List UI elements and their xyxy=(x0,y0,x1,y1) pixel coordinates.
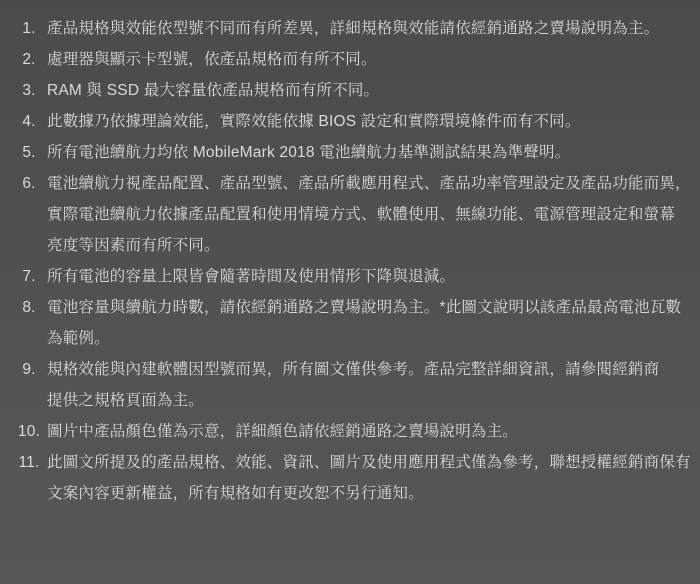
item-text: 此圖文所提及的產品規格、效能、資訊、圖片及使用應用程式僅為參考，聯想授權經銷商保… xyxy=(47,447,691,509)
item-text: 電池容量與續航力時數，請依經銷通路之賣場說明為主。*此圖文說明以該產品最高電池瓦… xyxy=(47,292,681,354)
item-text-line: 產品規格與效能依型號不同而有所差異，詳細規格與效能請依經銷通路之賣場說明為主。 xyxy=(47,13,659,44)
item-text-line: 圖片中產品顏色僅為示意，詳細顏色請依經銷通路之賣場說明為主。 xyxy=(47,416,518,447)
item-text-line: 為範例。 xyxy=(47,323,681,354)
item-text-line: 電池續航力視產品配置、產品型號、產品所載應用程式、產品功率管理設定及產品功能而異… xyxy=(47,168,691,199)
list-item: 2. 處理器與顯示卡型號，依產品規格而有所不同。 xyxy=(14,44,700,75)
item-number: 4. xyxy=(14,106,44,137)
item-text-line: 文案內容更新權益，所有規格如有更改恕不另行通知。 xyxy=(47,478,691,509)
item-text-line: 實際電池續航力依據產品配置和使用情境方式、軟體使用、無線功能、電源管理設定和螢幕 xyxy=(47,199,691,230)
list-item: 3. RAM 與 SSD 最大容量依產品規格而有所不同。 xyxy=(14,75,700,106)
item-text-line: 提供之規格頁面為主。 xyxy=(47,385,659,416)
item-number: 8. xyxy=(14,292,44,323)
item-text-line: 亮度等因素而有所不同。 xyxy=(47,230,691,261)
item-text: 圖片中產品顏色僅為示意，詳細顏色請依經銷通路之賣場說明為主。 xyxy=(47,416,518,447)
item-text-line: 所有電池續航力均依 MobileMark 2018 電池續航力基準測試結果為準聲… xyxy=(47,137,570,168)
item-text: 處理器與顯示卡型號，依產品規格而有所不同。 xyxy=(47,44,377,75)
list-item: 5. 所有電池續航力均依 MobileMark 2018 電池續航力基準測試結果… xyxy=(14,137,700,168)
item-text: 此數據乃依據理論效能，實際效能依據 BIOS 設定和實際環境條件而有不同。 xyxy=(47,106,581,137)
list-item: 9. 規格效能與內建軟體因型號而異，所有圖文僅供參考。產品完整詳細資訊，請參閱經… xyxy=(14,354,700,416)
item-text: 規格效能與內建軟體因型號而異，所有圖文僅供參考。產品完整詳細資訊，請參閱經銷商 … xyxy=(47,354,659,416)
item-text-line: RAM 與 SSD 最大容量依產品規格而有所不同。 xyxy=(47,75,379,106)
item-text: 所有電池續航力均依 MobileMark 2018 電池續航力基準測試結果為準聲… xyxy=(47,137,570,168)
item-number: 3. xyxy=(14,75,44,106)
item-number: 11. xyxy=(14,447,44,478)
item-text-line: 所有電池的容量上限皆會隨著時間及使用情形下降與退減。 xyxy=(47,261,455,292)
item-text: 產品規格與效能依型號不同而有所差異，詳細規格與效能請依經銷通路之賣場說明為主。 xyxy=(47,13,659,44)
list-item: 4. 此數據乃依據理論效能，實際效能依據 BIOS 設定和實際環境條件而有不同。 xyxy=(14,106,700,137)
list-item: 8. 電池容量與續航力時數，請依經銷通路之賣場說明為主。*此圖文說明以該產品最高… xyxy=(14,292,700,354)
item-number: 6. xyxy=(14,168,44,199)
item-text: 電池續航力視產品配置、產品型號、產品所載應用程式、產品功率管理設定及產品功能而異… xyxy=(47,168,691,261)
item-text: 所有電池的容量上限皆會隨著時間及使用情形下降與退減。 xyxy=(47,261,455,292)
list-item: 6. 電池續航力視產品配置、產品型號、產品所載應用程式、產品功率管理設定及產品功… xyxy=(14,168,700,261)
item-number: 5. xyxy=(14,137,44,168)
disclaimer-page: { "page": { "colors": { "background_top"… xyxy=(0,0,700,584)
item-text-line: 此數據乃依據理論效能，實際效能依據 BIOS 設定和實際環境條件而有不同。 xyxy=(47,106,581,137)
item-number: 10. xyxy=(14,416,44,447)
item-number: 9. xyxy=(14,354,44,385)
item-number: 1. xyxy=(14,13,44,44)
list-item: 10. 圖片中產品顏色僅為示意，詳細顏色請依經銷通路之賣場說明為主。 xyxy=(14,416,700,447)
item-text: RAM 與 SSD 最大容量依產品規格而有所不同。 xyxy=(47,75,379,106)
item-text-line: 規格效能與內建軟體因型號而異，所有圖文僅供參考。產品完整詳細資訊，請參閱經銷商 xyxy=(47,354,659,385)
item-number: 7. xyxy=(14,261,44,292)
item-text-line: 此圖文所提及的產品規格、效能、資訊、圖片及使用應用程式僅為參考，聯想授權經銷商保… xyxy=(47,447,691,478)
item-number: 2. xyxy=(14,44,44,75)
item-text-line: 處理器與顯示卡型號，依產品規格而有所不同。 xyxy=(47,44,377,75)
item-text-line: 電池容量與續航力時數，請依經銷通路之賣場說明為主。*此圖文說明以該產品最高電池瓦… xyxy=(47,292,681,323)
list-item: 11. 此圖文所提及的產品規格、效能、資訊、圖片及使用應用程式僅為參考，聯想授權… xyxy=(14,447,700,509)
list-item: 7. 所有電池的容量上限皆會隨著時間及使用情形下降與退減。 xyxy=(14,261,700,292)
disclaimer-section: 1. 產品規格與效能依型號不同而有所差異，詳細規格與效能請依經銷通路之賣場說明為… xyxy=(0,0,700,584)
list-item: 1. 產品規格與效能依型號不同而有所差異，詳細規格與效能請依經銷通路之賣場說明為… xyxy=(14,13,700,44)
disclaimer-list: 1. 產品規格與效能依型號不同而有所差異，詳細規格與效能請依經銷通路之賣場說明為… xyxy=(14,13,700,509)
